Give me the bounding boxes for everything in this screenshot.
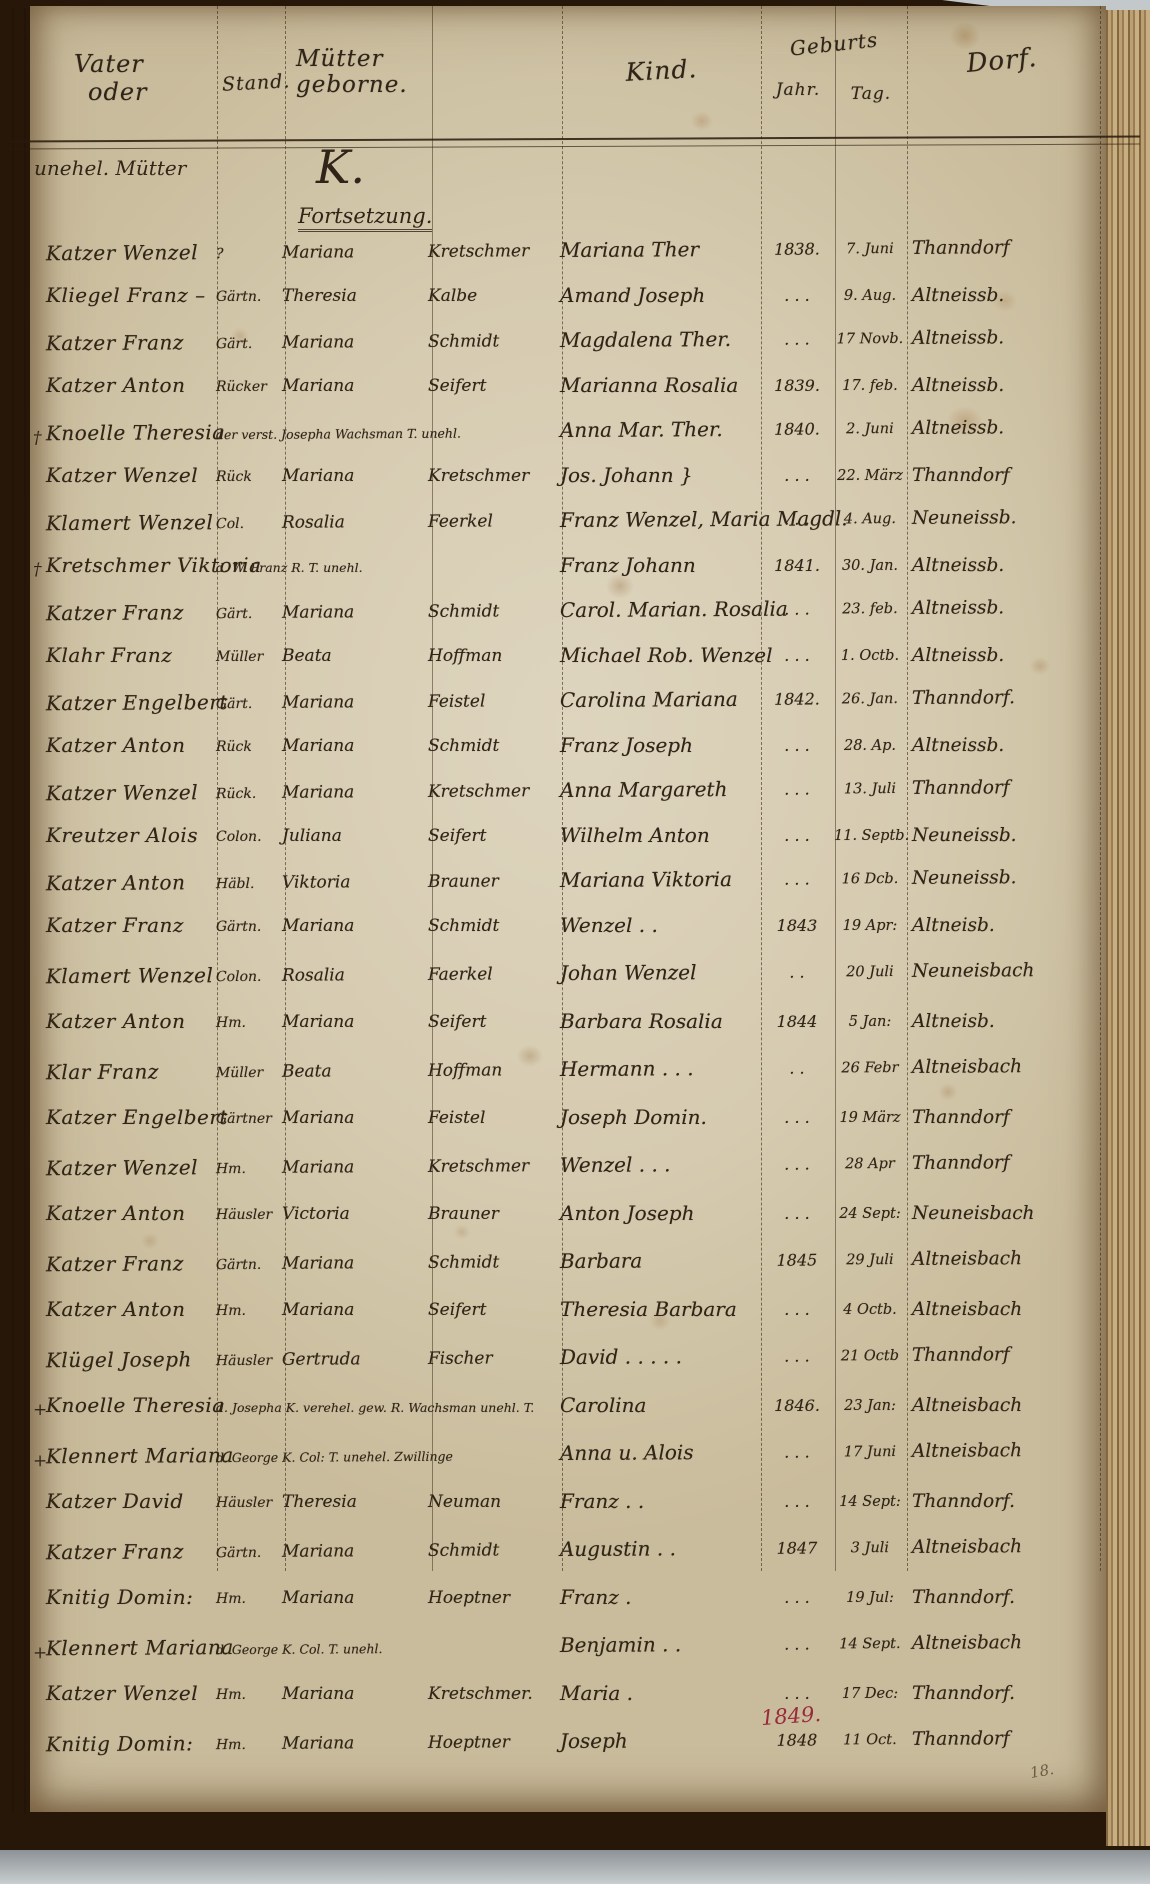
- birth-day-cell: 28. Ap.: [834, 735, 906, 754]
- mother-given-cell: Rosalia: [282, 964, 428, 986]
- child-cell: Hermann . . .: [556, 1058, 760, 1080]
- child-cell: Jos. Johann }: [556, 465, 760, 486]
- table-row: Knitig Domin:Hm.MarianaHoeptnerJoseph184…: [30, 1726, 1106, 1781]
- table-row: Knitig Domin:Hm.MarianaHoeptnerFranz .. …: [30, 1585, 1106, 1633]
- mother-surname-cell: Neuman: [428, 1491, 556, 1512]
- child-cell: David . . . . .: [556, 1346, 760, 1368]
- village-cell: Neuneisbach: [906, 1203, 1106, 1223]
- birth-day-cell: 19 Jul:: [834, 1587, 906, 1606]
- father-cell: Katzer Wenzel: [30, 465, 216, 486]
- child-cell: Anna Margareth: [556, 779, 760, 801]
- mother-given-cell: Mariana: [282, 1587, 428, 1608]
- table-row: Klamert WenzelCol.RosaliaFeerkelFranz We…: [30, 505, 1106, 557]
- birth-day-cell: 14 Sept:: [834, 1491, 906, 1510]
- stand-cell: Gärt.: [216, 332, 282, 352]
- birth-day-cell: 22. März: [834, 465, 906, 484]
- birth-day-cell: 17 Novb.: [834, 328, 906, 348]
- village-cell: Altneisbach: [906, 1632, 1106, 1654]
- mother-surname-cell: Feerkel: [428, 510, 556, 532]
- father-cell: Kreutzer Alois: [30, 825, 216, 846]
- birth-year-cell: . . .: [760, 1441, 834, 1461]
- father-cell: Knitig Domin:: [30, 1587, 216, 1608]
- mother-given-cell: Mariana: [282, 1011, 428, 1032]
- entry-rows: Katzer Wenzel?MarianaKretschmerMariana T…: [30, 238, 1106, 1777]
- header-child: Kind.: [561, 51, 761, 90]
- section-letter: K.: [316, 140, 365, 194]
- stand-cell: Hm.: [216, 1011, 282, 1031]
- mother-surname-cell: Kretschmer: [428, 240, 556, 262]
- father-cell: Klügel Joseph: [30, 1349, 216, 1371]
- birth-year-cell: 1845: [760, 1249, 834, 1269]
- birth-year-cell: . . .: [760, 465, 834, 485]
- header-birth-year: Jahr.: [761, 80, 835, 100]
- mother-given-cell: Juliana: [282, 825, 428, 846]
- mother-given-cell: Victoria: [282, 1203, 428, 1224]
- birth-year-cell: . . .: [760, 825, 834, 845]
- header-mother: Mütter geborne.: [296, 46, 408, 98]
- father-cell: Katzer Engelbert: [30, 692, 216, 714]
- table-row: Katzer AntonHäbl.ViktoriaBraunerMariana …: [30, 865, 1106, 917]
- village-cell: Altneisbach: [906, 1395, 1106, 1415]
- cross-mark: †: [33, 560, 42, 580]
- village-cell: Thanndorf.: [906, 1491, 1106, 1511]
- father-cell: Katzer Franz: [30, 332, 216, 354]
- table-row: Katzer FranzGärtn.MarianaSchmidtWenzel .…: [30, 913, 1106, 961]
- stand-cell: Häusler: [216, 1349, 282, 1369]
- village-cell: Thanndorf: [906, 237, 1106, 259]
- table-row: Klamert WenzelColon.RosaliaFaerkelJohan …: [30, 958, 1106, 1013]
- table-row: Katzer Wenzel?MarianaKretschmerMariana T…: [30, 235, 1106, 287]
- birth-year-cell: . .: [760, 1057, 834, 1077]
- mother-given-cell: Gertruda: [282, 1348, 428, 1370]
- header-divider-rule: [10, 136, 1140, 150]
- father-cell: Katzer Anton: [30, 735, 216, 756]
- village-cell: Thanndorf: [906, 465, 1106, 485]
- mother-given-cell: Mariana: [282, 1732, 428, 1754]
- mother-given-cell: Mariana: [282, 331, 428, 353]
- birth-year-cell: . . .: [760, 1345, 834, 1365]
- father-cell: Knoelle Theresia: [30, 422, 216, 444]
- mother-surname-cell: Schmidt: [428, 915, 556, 936]
- child-cell: Wenzel . .: [556, 915, 760, 936]
- father-cell: Katzer Anton: [30, 1203, 216, 1224]
- father-cell: Katzer Wenzel: [30, 1157, 216, 1179]
- birth-year-cell: . . .: [760, 1107, 834, 1127]
- birth-year-cell: . . .: [760, 598, 834, 618]
- child-cell: Anna Mar. Ther.: [556, 419, 760, 441]
- father-cell: Katzer Anton: [30, 1299, 216, 1320]
- father-cell: Klamert Wenzel: [30, 965, 216, 987]
- village-cell: Altneissb.: [906, 417, 1106, 439]
- mother-given-cell: Mariana: [282, 1156, 428, 1178]
- mother-note-cell: d. George K. Col. T. unehl.: [216, 1635, 556, 1657]
- birth-day-cell: 13. Juli: [834, 778, 906, 798]
- village-cell: Thanndorf: [906, 1344, 1106, 1366]
- page-edge-line: [12, 8, 14, 1814]
- mother-surname-cell: Seifert: [428, 1011, 556, 1032]
- stand-cell: Gärtn.: [216, 1253, 282, 1273]
- table-surface: [0, 1850, 1150, 1884]
- birth-day-cell: 20 Juli: [834, 961, 906, 981]
- father-cell: Katzer Wenzel: [30, 1683, 216, 1704]
- mother-given-cell: Mariana: [282, 915, 428, 936]
- village-cell: Altneisbach: [906, 1536, 1106, 1558]
- father-cell: Katzer Anton: [30, 872, 216, 894]
- stand-cell: Rück: [216, 735, 282, 755]
- birth-day-cell: 9. Aug.: [834, 285, 906, 304]
- birth-year-cell: . . .: [760, 1491, 834, 1511]
- table-row: Katzer WenzelRück.MarianaKretschmerAnna …: [30, 775, 1106, 827]
- father-cell: Katzer Anton: [30, 1011, 216, 1032]
- father-cell: Klar Franz: [30, 1061, 216, 1083]
- book-cover: Vater oder Stand. Mütter geborne. Kind. …: [0, 0, 1150, 1854]
- birth-day-cell: 24 Sept:: [834, 1203, 906, 1222]
- mother-given-cell: Mariana: [282, 465, 428, 486]
- village-cell: Altneissb.: [906, 597, 1106, 619]
- table-row: Kliegel Franz –Gärtn.TheresiaKalbeAmand …: [30, 283, 1106, 328]
- birth-year-cell: 1838.: [760, 238, 834, 258]
- stand-cell: Müller: [216, 645, 282, 665]
- stand-cell: ?: [216, 242, 282, 262]
- village-cell: Thanndorf: [906, 1107, 1106, 1127]
- child-cell: Maria .: [556, 1683, 760, 1704]
- birth-day-cell: 23 Jan:: [834, 1395, 906, 1414]
- table-row: +Klennert Marianad. George K. Col. T. un…: [30, 1630, 1106, 1685]
- mother-surname-cell: Brauner: [428, 1203, 556, 1224]
- table-row: Klügel JosephHäuslerGertrudaFischerDavid…: [30, 1342, 1106, 1397]
- stand-cell: Rück.: [216, 782, 282, 802]
- mother-surname-cell: Kretschmer: [428, 1155, 556, 1177]
- mother-surname-cell: Hoeptner: [428, 1587, 556, 1608]
- birth-year-cell: 1848: [760, 1729, 834, 1749]
- header-stand: Stand.: [221, 70, 290, 96]
- table-row: Kreutzer AloisColon.JulianaSeifertWilhel…: [30, 823, 1106, 868]
- birth-day-cell: 17 Juni: [834, 1441, 906, 1461]
- birth-day-cell: 7. Juni: [834, 238, 906, 258]
- page-number: 18.: [1029, 1760, 1056, 1782]
- stand-cell: Häusler: [216, 1203, 282, 1223]
- mother-note-cell: d. George K. Col: T. unehel. Zwillinge: [216, 1443, 556, 1465]
- mother-surname-cell: Fischer: [428, 1347, 556, 1369]
- header-father: Vater oder: [74, 50, 148, 106]
- birth-day-cell: 17. feb.: [834, 375, 906, 394]
- header-village: Dorf.: [906, 38, 1098, 84]
- village-cell: Altneisbach: [906, 1440, 1106, 1462]
- father-cell: Kretschmer Viktoria: [30, 555, 216, 576]
- stand-cell: Hm.: [216, 1587, 282, 1607]
- birth-day-cell: 14 Sept.: [834, 1633, 906, 1653]
- page-edge-line: [24, 8, 26, 1814]
- cross-mark: +: [33, 1643, 47, 1663]
- birth-day-cell: 28 Apr: [834, 1153, 906, 1173]
- mother-given-cell: Mariana: [282, 375, 428, 396]
- mother-surname-cell: Feistel: [428, 1107, 556, 1128]
- mother-surname-cell: Brauner: [428, 870, 556, 892]
- birth-day-cell: 19 Apr:: [834, 915, 906, 934]
- mother-given-cell: Theresia: [282, 1491, 428, 1512]
- father-cell: Klahr Franz: [30, 645, 216, 666]
- birth-year-cell: . . .: [760, 1587, 834, 1607]
- birth-year-cell: . . .: [760, 1683, 834, 1703]
- child-cell: Amand Joseph: [556, 285, 760, 306]
- mother-given-cell: Theresia: [282, 285, 428, 306]
- village-cell: Thanndorf.: [906, 687, 1106, 709]
- header-birth: Geburts: [760, 24, 908, 63]
- mother-given-cell: Mariana: [282, 691, 428, 713]
- birth-day-cell: 1. Octb.: [834, 645, 906, 664]
- birth-year-cell: 1841.: [760, 555, 834, 575]
- child-cell: Franz Wenzel, Maria Magdl.: [556, 509, 760, 531]
- father-cell: Katzer Anton: [30, 375, 216, 396]
- father-cell: Knoelle Theresia: [30, 1395, 216, 1416]
- birth-day-cell: 11. Septb.: [834, 825, 906, 844]
- birth-day-cell: 17 Dec:: [834, 1683, 906, 1702]
- stand-cell: Gärtn.: [216, 915, 282, 935]
- birth-year-cell: . . .: [760, 328, 834, 348]
- stand-cell: Gärtn.: [216, 285, 282, 305]
- birth-day-cell: 19 März: [834, 1107, 906, 1126]
- village-cell: Neuneisbach: [906, 960, 1106, 982]
- child-cell: Anton Joseph: [556, 1203, 760, 1224]
- birth-year-cell: . . .: [760, 508, 834, 528]
- table-row: Katzer DavidHäuslerTheresiaNeumanFranz .…: [30, 1489, 1106, 1537]
- birth-year-cell: . . .: [760, 1633, 834, 1653]
- child-cell: Barbara: [556, 1250, 760, 1272]
- mother-given-cell: Mariana: [282, 1540, 428, 1562]
- mother-given-cell: Mariana: [282, 1107, 428, 1128]
- table-row: Katzer EngelbertGärt.MarianaFeistelCarol…: [30, 685, 1106, 737]
- header-birth-day: Tag.: [835, 84, 907, 104]
- mother-given-cell: Mariana: [282, 735, 428, 756]
- child-cell: Marianna Rosalia: [556, 375, 760, 396]
- child-cell: Johan Wenzel: [556, 962, 760, 984]
- village-cell: Altneisb.: [906, 915, 1106, 935]
- father-cell: Katzer Engelbert: [30, 1107, 216, 1128]
- father-cell: Katzer Franz: [30, 1253, 216, 1275]
- father-cell: Katzer Wenzel: [30, 782, 216, 804]
- birth-year-cell: 1843: [760, 915, 834, 935]
- village-cell: Altneisbach: [906, 1299, 1106, 1319]
- stand-cell: Rücker: [216, 375, 282, 395]
- birth-year-cell: . . .: [760, 735, 834, 755]
- table-row: +Knoelle Theresiad. Josepha K. verehel. …: [30, 1393, 1106, 1441]
- birth-day-cell: 23. feb.: [834, 598, 906, 618]
- child-cell: Wilhelm Anton: [556, 825, 760, 846]
- birth-day-cell: 11 Oct.: [834, 1729, 906, 1749]
- child-cell: Mariana Ther: [556, 239, 760, 261]
- table-row: Katzer EngelbertGärtnerMarianaFeistelJos…: [30, 1105, 1106, 1153]
- child-cell: Franz . .: [556, 1491, 760, 1512]
- mother-note-cell: d. W. Franz R. T. unehl.: [216, 555, 556, 575]
- mother-note-cell: der verst. Josepha Wachsman T. unehl.: [216, 420, 556, 442]
- mother-surname-cell: Schmidt: [428, 600, 556, 622]
- mother-surname-cell: Kalbe: [428, 285, 556, 306]
- cross-mark: +: [33, 1451, 47, 1471]
- child-cell: Carol. Marian. Rosalia: [556, 599, 760, 621]
- father-cell: Knitig Domin:: [30, 1733, 216, 1755]
- stand-cell: Rück: [216, 465, 282, 485]
- father-cell: Katzer Franz: [30, 602, 216, 624]
- village-cell: Neuneissb.: [906, 825, 1106, 845]
- child-cell: Franz Johann: [556, 555, 760, 576]
- birth-year-cell: 1840.: [760, 418, 834, 438]
- birth-day-cell: 5 Jan:: [834, 1011, 906, 1030]
- table-row: Katzer WenzelHm.MarianaKretschmer.Maria …: [30, 1681, 1106, 1729]
- mother-given-cell: Mariana: [282, 1252, 428, 1274]
- table-row: Klar FranzMüllerBeataHoffmanHermann . . …: [30, 1054, 1106, 1109]
- birth-day-cell: 26 Febr: [834, 1057, 906, 1077]
- birth-year-cell: . . .: [760, 868, 834, 888]
- father-cell: Klamert Wenzel: [30, 512, 216, 534]
- stand-cell: Gärt.: [216, 602, 282, 622]
- village-cell: Altneissb.: [906, 327, 1106, 349]
- mother-surname-cell: Schmidt: [428, 1251, 556, 1273]
- stand-cell: Hm.: [216, 1299, 282, 1319]
- child-cell: Carolina: [556, 1395, 760, 1416]
- village-cell: Neuneissb.: [906, 507, 1106, 529]
- cross-mark: †: [33, 428, 42, 448]
- table-row: Katzer FranzGärt.MarianaSchmidtCarol. Ma…: [30, 595, 1106, 647]
- child-cell: Joseph: [556, 1730, 760, 1752]
- mother-surname-cell: Seifert: [428, 825, 556, 846]
- stand-cell: Häbl.: [216, 872, 282, 892]
- mother-given-cell: Mariana: [282, 1299, 428, 1320]
- mother-surname-cell: Schmidt: [428, 1539, 556, 1561]
- child-cell: Augustin . .: [556, 1538, 760, 1560]
- village-cell: Altneissb.: [906, 285, 1106, 305]
- mother-given-cell: Mariana: [282, 781, 428, 803]
- section-subtitle: Fortsetzung.: [298, 204, 432, 232]
- cross-mark: +: [33, 1400, 47, 1420]
- child-cell: Franz .: [556, 1587, 760, 1608]
- stand-cell: Gärt.: [216, 692, 282, 712]
- table-row: Katzer AntonHäuslerVictoriaBraunerAnton …: [30, 1201, 1106, 1249]
- birth-year-cell: 1846.: [760, 1395, 834, 1415]
- child-cell: Mariana Viktoria: [556, 869, 760, 891]
- table-row: †Knoelle Theresiader verst. Josepha Wach…: [30, 415, 1106, 467]
- mother-surname-cell: Feistel: [428, 690, 556, 712]
- table-row: Katzer AntonRückerMarianaSeifertMarianna…: [30, 373, 1106, 418]
- village-cell: Altneisbach: [906, 1248, 1106, 1270]
- birth-day-cell: 4. Aug.: [834, 508, 906, 528]
- village-cell: Altneisb.: [906, 1011, 1106, 1031]
- village-cell: Altneissb.: [906, 645, 1106, 665]
- table-row: +Klennert Marianad. George K. Col: T. un…: [30, 1438, 1106, 1493]
- father-cell: Katzer Franz: [30, 1541, 216, 1563]
- birth-year-cell: . . .: [760, 645, 834, 665]
- village-cell: Thanndorf: [906, 1152, 1106, 1174]
- birth-year-cell: 1842.: [760, 688, 834, 708]
- stand-cell: Colon.: [216, 965, 282, 985]
- birth-day-cell: 29 Juli: [834, 1249, 906, 1269]
- stand-cell: Hm.: [216, 1683, 282, 1703]
- stand-cell: Colon.: [216, 825, 282, 845]
- child-cell: Barbara Rosalia: [556, 1011, 760, 1032]
- mother-surname-cell: Faerkel: [428, 963, 556, 985]
- mother-surname-cell: Kretschmer.: [428, 1683, 556, 1704]
- section-left-note: unehel. Mütter: [34, 156, 186, 180]
- birth-day-cell: 3 Juli: [834, 1537, 906, 1557]
- birth-year-cell: 1844: [760, 1011, 834, 1031]
- birth-day-cell: 30. Jan.: [834, 555, 906, 574]
- birth-day-cell: 16 Dcb.: [834, 868, 906, 888]
- child-cell: Franz Joseph: [556, 735, 760, 756]
- scanned-register-photo: Vater oder Stand. Mütter geborne. Kind. …: [0, 0, 1150, 1884]
- stand-cell: Gärtner: [216, 1107, 282, 1127]
- birth-day-cell: 26. Jan.: [834, 688, 906, 708]
- child-cell: Magdalena Ther.: [556, 329, 760, 351]
- mother-surname-cell: Hoeptner: [428, 1731, 556, 1753]
- stand-cell: Häusler: [216, 1491, 282, 1511]
- stand-cell: Col.: [216, 512, 282, 532]
- father-cell: Katzer Franz: [30, 915, 216, 936]
- child-cell: Michael Rob. Wenzel: [556, 645, 760, 666]
- mother-surname-cell: Kretschmer: [428, 780, 556, 802]
- village-cell: Neuneissb.: [906, 867, 1106, 889]
- village-cell: Altneisbach: [906, 1056, 1106, 1078]
- child-cell: Wenzel . . .: [556, 1154, 760, 1176]
- stand-cell: Hm.: [216, 1733, 282, 1753]
- village-cell: Altneissb.: [906, 555, 1106, 575]
- birth-year-cell: . . .: [760, 778, 834, 798]
- birth-day-cell: 2. Juni: [834, 418, 906, 438]
- table-row: †Kretschmer Viktoriad. W. Franz R. T. un…: [30, 553, 1106, 598]
- table-row: Klahr FranzMüllerBeataHoffmanMichael Rob…: [30, 643, 1106, 688]
- child-cell: Carolina Mariana: [556, 689, 760, 711]
- register-page: Vater oder Stand. Mütter geborne. Kind. …: [30, 6, 1106, 1812]
- mother-given-cell: Beata: [282, 645, 428, 666]
- birth-day-cell: 21 Octb: [834, 1345, 906, 1365]
- table-row: Katzer WenzelHm.MarianaKretschmerWenzel …: [30, 1150, 1106, 1205]
- table-row: Katzer AntonRückMarianaSchmidtFranz Jose…: [30, 733, 1106, 778]
- birth-year-cell: . . .: [760, 285, 834, 305]
- table-row: Katzer WenzelRückMarianaKretschmerJos. J…: [30, 463, 1106, 508]
- mother-surname-cell: Hoffman: [428, 645, 556, 666]
- village-cell: Thanndorf: [906, 1728, 1106, 1750]
- mother-given-cell: Mariana: [282, 241, 428, 263]
- birth-day-cell: 4 Octb.: [834, 1299, 906, 1318]
- father-cell: Katzer Wenzel: [30, 242, 216, 264]
- father-cell: Klennert Mariana: [30, 1445, 216, 1467]
- table-row: Katzer FranzGärtn.MarianaSchmidtAugustin…: [30, 1534, 1106, 1589]
- child-cell: Joseph Domin.: [556, 1107, 760, 1128]
- child-cell: Benjamin . .: [556, 1634, 760, 1656]
- birth-year-cell: . . .: [760, 1299, 834, 1319]
- mother-given-cell: Mariana: [282, 601, 428, 623]
- page-stack-edge: [1106, 10, 1150, 1846]
- mother-note-cell: d. Josepha K. verehel. gew. R. Wachsman …: [216, 1395, 556, 1415]
- child-cell: Anna u. Alois: [556, 1442, 760, 1464]
- stand-cell: Gärtn.: [216, 1541, 282, 1561]
- mother-surname-cell: Schmidt: [428, 735, 556, 756]
- table-row: Katzer FranzGärt.MarianaSchmidtMagdalena…: [30, 325, 1106, 377]
- mother-surname-cell: Seifert: [428, 375, 556, 396]
- table-row: Katzer AntonHm.MarianaSeifertTheresia Ba…: [30, 1297, 1106, 1345]
- mother-surname-cell: Kretschmer: [428, 465, 556, 486]
- mother-given-cell: Viktoria: [282, 871, 428, 893]
- birth-year-cell: 1839.: [760, 375, 834, 395]
- child-cell: Theresia Barbara: [556, 1299, 760, 1320]
- stand-cell: Müller: [216, 1061, 282, 1081]
- mother-given-cell: Beata: [282, 1060, 428, 1082]
- village-cell: Thanndorf: [906, 777, 1106, 799]
- mother-given-cell: Mariana: [282, 1683, 428, 1704]
- mother-surname-cell: Seifert: [428, 1299, 556, 1320]
- father-cell: Katzer David: [30, 1491, 216, 1512]
- village-cell: Altneissb.: [906, 375, 1106, 395]
- stand-cell: Hm.: [216, 1157, 282, 1177]
- mother-surname-cell: Schmidt: [428, 330, 556, 352]
